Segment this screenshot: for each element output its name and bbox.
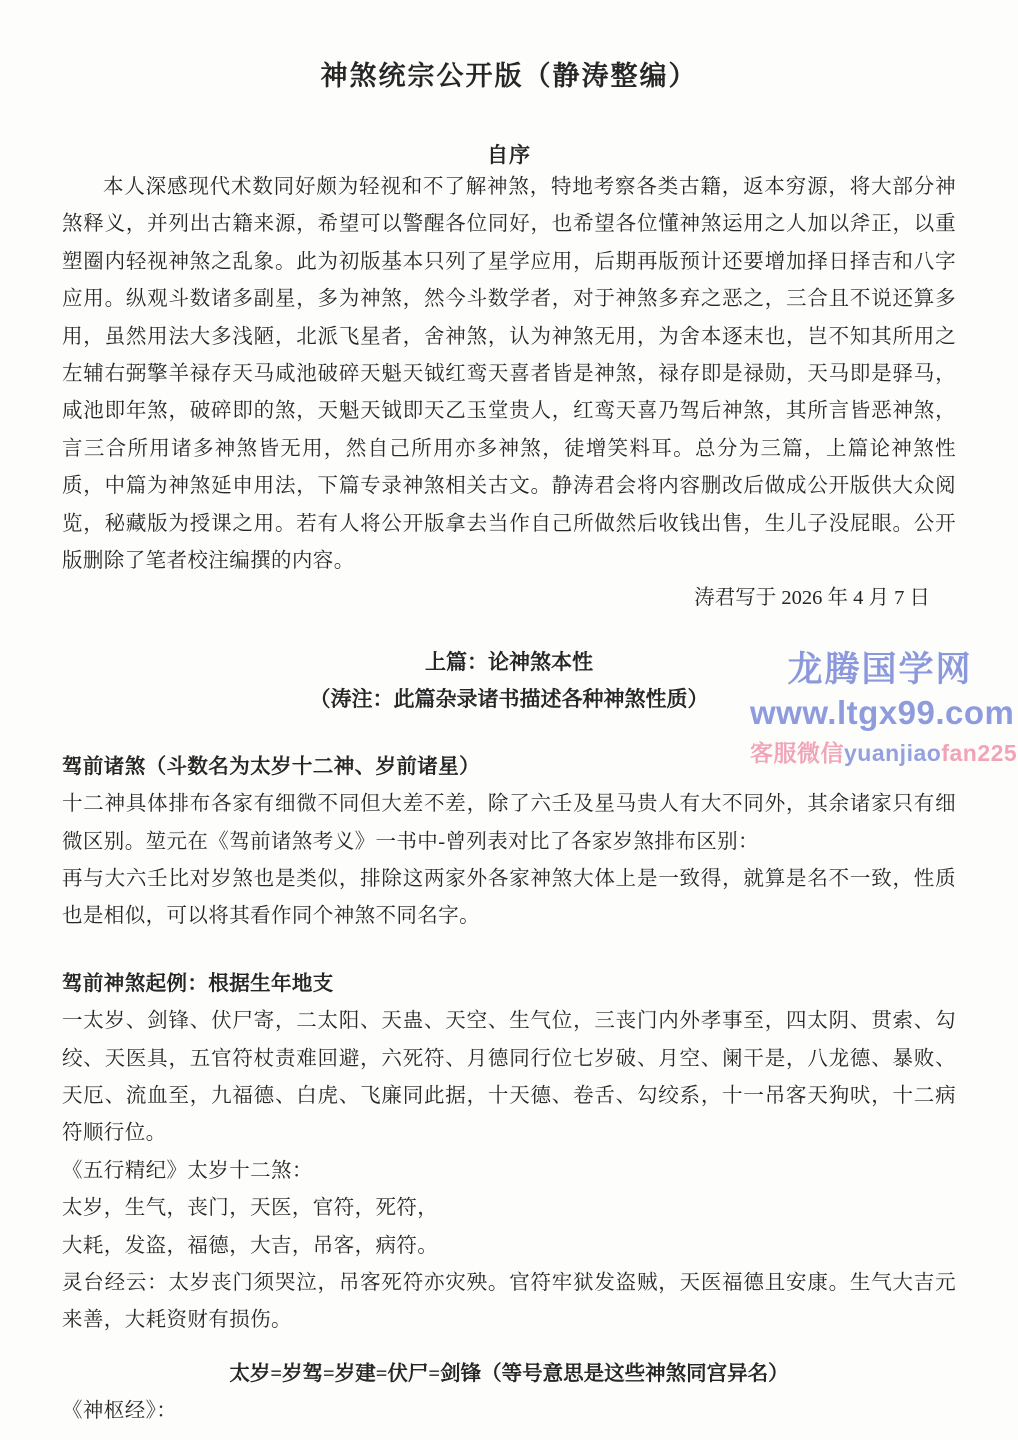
paragraph-wuxingjingji: 《五行精纪》太岁十二煞： [62,1153,956,1190]
paragraph-twelve-sha-list-2: 大耗，发盗，福德，大吉，吊客，病符。 [62,1228,956,1265]
date-line: 涛君写于 2026 年 4 月 7 日 [62,580,930,617]
paragraph-liuren-compare: 再与大六壬比对岁煞也是类似，排除这两家外各家神煞大体上是一致得，就算是名不一致，… [62,861,956,936]
document-title: 神煞统宗公开版（静涛整编） [62,54,956,93]
shenshujing-heading: 《神枢经》： [62,1393,956,1430]
paragraph-twelve-gods: 十二神具体排布各家有细微不同但大差不差，除了六壬及星马贵人有大不同外，其余诸家只… [62,786,956,861]
paragraph-qili-verse: 一太岁、剑锋、伏尸寄，二太阳、天蛊、天空、生气位，三丧门内外孝事至，四太阴、贯索… [62,1003,956,1153]
alias-equation-line: 太岁=岁驾=岁建=伏尸=剑锋（等号意思是这些神煞同宫异名） [62,1356,956,1393]
section-heading-jiaqian-zhusha: 驾前诸煞（斗数名为太岁十二神、岁前诸星） [62,749,956,786]
paragraph-twelve-sha-list-1: 太岁，生气，丧门，天医，官符，死符， [62,1190,956,1227]
document-page: 神煞统宗公开版（静涛整编） 自序 本人深感现代术数同好颇为轻视和不了解神煞，特地… [0,0,1018,1440]
part-heading: 上篇：论神煞本性 [62,644,956,681]
preface-heading: 自序 [62,139,956,169]
part-subheading: （涛注：此篇杂录诸书描述各种神煞性质） [62,681,956,718]
section-heading-qili: 驾前神煞起例：根据生年地支 [62,966,956,1003]
paragraph-lingtai-verse: 灵台经云：太岁丧门须哭泣，吊客死符亦灾殃。官符牢狱发盗贼，天医福德且安康。生气大… [62,1265,956,1340]
preface-paragraph: 本人深感现代术数同好颇为轻视和不了解神煞，特地考察各类古籍，返本穷源，将大部分神… [62,169,956,580]
